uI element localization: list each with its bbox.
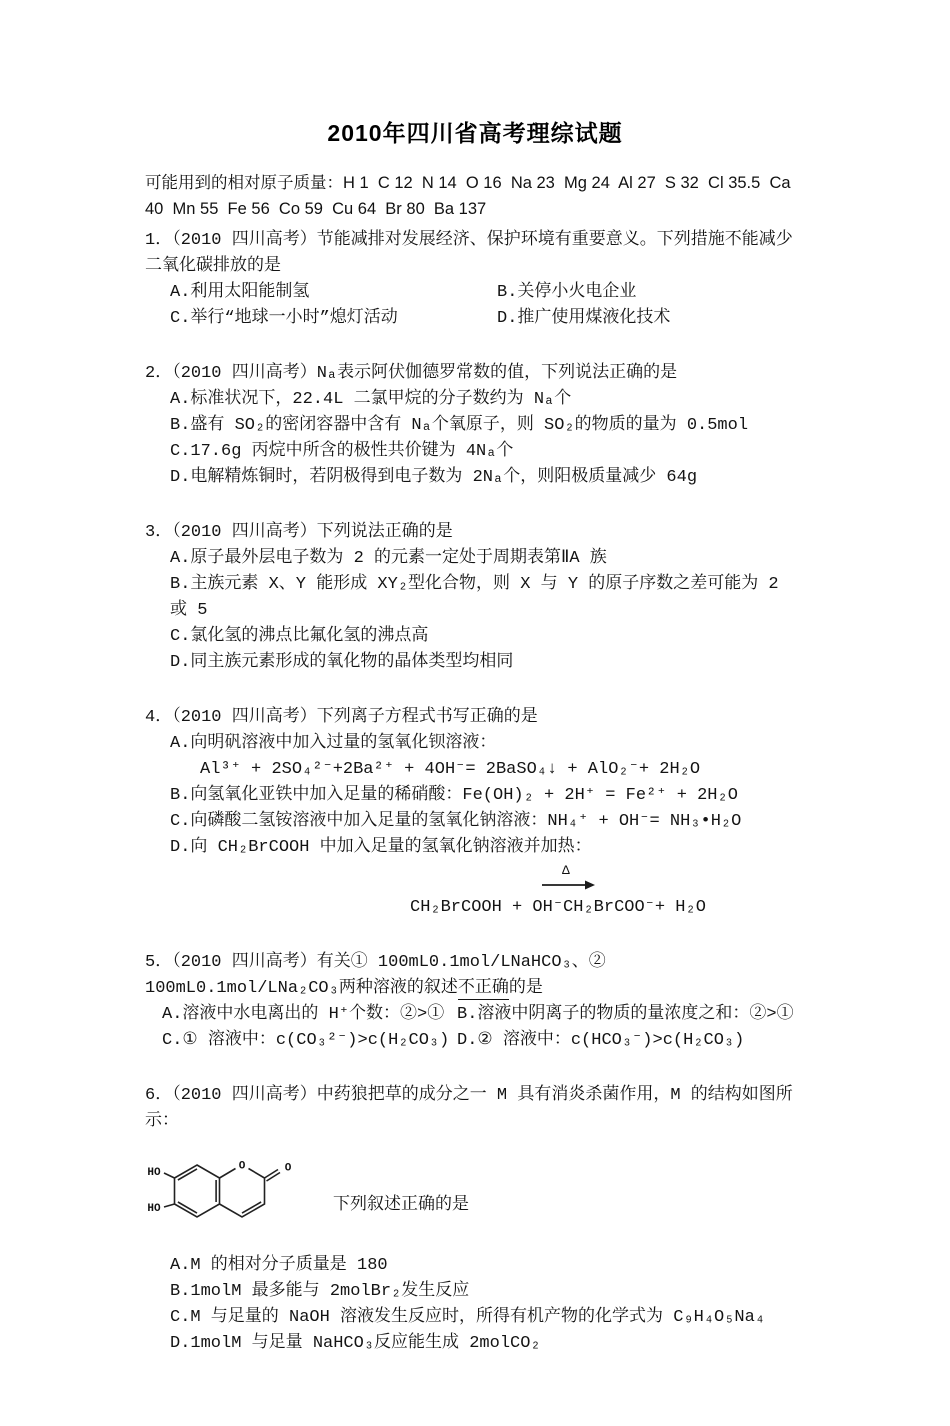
q6-option-d: D.1molM 与足量 NaHCO₃反应能生成 2molCO₂: [145, 1331, 805, 1357]
q6-option-b: B.1molM 最多能与 2molBr₂发生反应: [145, 1279, 805, 1305]
question-3: 3．（2010 四川高考）下列说法正确的是 A.原子最外层电子数为 2 的元素一…: [145, 520, 805, 676]
delta-symbol: Δ: [562, 863, 570, 878]
carbonyl-oxygen-label: O: [285, 1163, 292, 1175]
q5-stem-pre: 5．（2010 四川高考）有关① 100mL0.1mol/LNaHCO₃、② 1…: [145, 953, 616, 998]
q4-equation-a: Al³⁺ + 2SO₄²⁻+2Ba²⁺ + 4OH⁻= 2BaSO₄↓ + Al…: [145, 757, 805, 783]
q5-stem-underlined: 不正确: [458, 979, 509, 1000]
q5-option-a: A.溶液中水电离出的 H⁺个数：②>①: [162, 1002, 457, 1028]
q1-option-b: B.关停小火电企业: [497, 280, 636, 306]
q2-option-d: D.电解精炼铜时，若阴极得到电子数为 2Nₐ个，则阳极质量减少 64g: [145, 465, 805, 491]
q4-option-c: C.向磷酸二氢铵溶液中加入足量的氢氧化钠溶液：NH₄⁺ + OH⁻= NH₃•H…: [145, 809, 805, 835]
q5-option-b: B.溶液中阴离子的物质的量浓度之和：②>①: [457, 1002, 794, 1028]
q2-option-b: B.盛有 SO₂的密闭容器中含有 Nₐ个氧原子，则 SO₂的物质的量为 0.5m…: [145, 413, 805, 439]
q5-option-d: D.② 溶液中：c(HCO₃⁻)>c(H₂CO₃): [457, 1028, 744, 1054]
q5-options-row-1: A.溶液中水电离出的 H⁺个数：②>① B.溶液中阴离子的物质的量浓度之和：②>…: [145, 1002, 805, 1028]
q5-stem-post: 的是: [509, 979, 543, 998]
q4-option-a: A.向明矾溶液中加入过量的氢氧化钡溶液：: [145, 731, 805, 757]
q1-stem: 1．（2010 四川高考）节能减排对发展经济、保护环境有重要意义。下列措施不能减…: [145, 228, 805, 280]
question-1: 1．（2010 四川高考）节能减排对发展经济、保护环境有重要意义。下列措施不能减…: [145, 228, 805, 332]
q1-option-a: A.利用太阳能制氢: [170, 280, 497, 306]
q5-options-row-2: C.① 溶液中：c(CO₃²⁻)>c(H₂CO₃) D.② 溶液中：c(HCO₃…: [145, 1028, 805, 1054]
q5-stem: 5．（2010 四川高考）有关① 100mL0.1mol/LNaHCO₃、② 1…: [145, 950, 805, 1002]
hydroxyl-bottom-label: HO: [147, 1203, 161, 1215]
q5-option-c: C.① 溶液中：c(CO₃²⁻)>c(H₂CO₃): [162, 1028, 457, 1054]
question-6: 6．（2010 四川高考）中药狼把草的成分之一 M 具有消炎杀菌作用，M 的结构…: [145, 1083, 805, 1357]
q2-option-a: A.标准状况下，22.4L 二氯甲烷的分子数约为 Nₐ个: [145, 387, 805, 413]
q6-stem: 6．（2010 四川高考）中药狼把草的成分之一 M 具有消炎杀菌作用，M 的结构…: [145, 1083, 805, 1135]
q6-options: A.M 的相对分子质量是 180 B.1molM 最多能与 2molBr₂发生反…: [145, 1253, 805, 1357]
heating-delta-arrow-icon: Δ: [540, 861, 805, 895]
q3-option-c: C.氯化氢的沸点比氟化氢的沸点高: [145, 624, 805, 650]
q4-stem: 4．（2010 四川高考）下列离子方程式书写正确的是: [145, 705, 805, 731]
question-2: 2．（2010 四川高考）Nₐ表示阿伏伽德罗常数的值，下列说法正确的是 A.标准…: [145, 361, 805, 491]
q6-figure-caption: 下列叙述正确的是: [333, 1193, 469, 1229]
q1-option-c: C.举行“地球一小时”熄灯活动: [170, 306, 497, 332]
q1-option-d: D.推广使用煤液化技术: [497, 306, 670, 332]
question-5: 5．（2010 四川高考）有关① 100mL0.1mol/LNaHCO₃、② 1…: [145, 950, 805, 1054]
q3-option-b: B.主族元素 X、Y 能形成 XY₂型化合物，则 X 与 Y 的原子序数之差可能…: [145, 572, 805, 624]
q2-stem: 2．（2010 四川高考）Nₐ表示阿伏伽德罗常数的值，下列说法正确的是: [145, 361, 805, 387]
page-title: 2010年四川省高考理综试题: [145, 118, 805, 148]
exam-page: 2010年四川省高考理综试题 可能用到的相对原子质量：H 1 C 12 N 14…: [0, 0, 950, 1426]
question-4: 4．（2010 四川高考）下列离子方程式书写正确的是 A.向明矾溶液中加入过量的…: [145, 705, 805, 921]
atomic-mass-note: 可能用到的相对原子质量：H 1 C 12 N 14 O 16 Na 23 Mg …: [145, 170, 805, 222]
hydroxyl-top-label: HO: [147, 1167, 161, 1179]
q6-option-a: A.M 的相对分子质量是 180: [145, 1253, 805, 1279]
q4-equation-d: CH₂BrCOOH + OH⁻CH₂BrCOO⁻+ H₂O: [145, 895, 805, 921]
ring-oxygen-label: O: [239, 1161, 246, 1173]
q1-options-row-2: C.举行“地球一小时”熄灯活动 D.推广使用煤液化技术: [145, 306, 805, 332]
q3-option-d: D.同主族元素形成的氧化物的晶体类型均相同: [145, 650, 805, 676]
q6-option-c: C.M 与足量的 NaOH 溶液发生反应时，所得有机产物的化学式为 C₉H₄O₅…: [145, 1305, 805, 1331]
q4-option-b: B.向氢氧化亚铁中加入足量的稀硝酸：Fe(OH)₂ + 2H⁺ = Fe²⁺ +…: [145, 783, 805, 809]
molecule-structure-figure: O O HO HO: [145, 1147, 315, 1229]
q4-option-d: D.向 CH₂BrCOOH 中加入足量的氢氧化钠溶液并加热：: [145, 835, 805, 861]
q2-option-c: C.17.6g 丙烷中所含的极性共价键为 4Nₐ个: [145, 439, 805, 465]
q1-options-row-1: A.利用太阳能制氢 B.关停小火电企业: [145, 280, 805, 306]
q6-figure-row: O O HO HO 下列叙述正确的是: [145, 1147, 805, 1229]
q3-stem: 3．（2010 四川高考）下列说法正确的是: [145, 520, 805, 546]
q3-option-a: A.原子最外层电子数为 2 的元素一定处于周期表第ⅡA 族: [145, 546, 805, 572]
